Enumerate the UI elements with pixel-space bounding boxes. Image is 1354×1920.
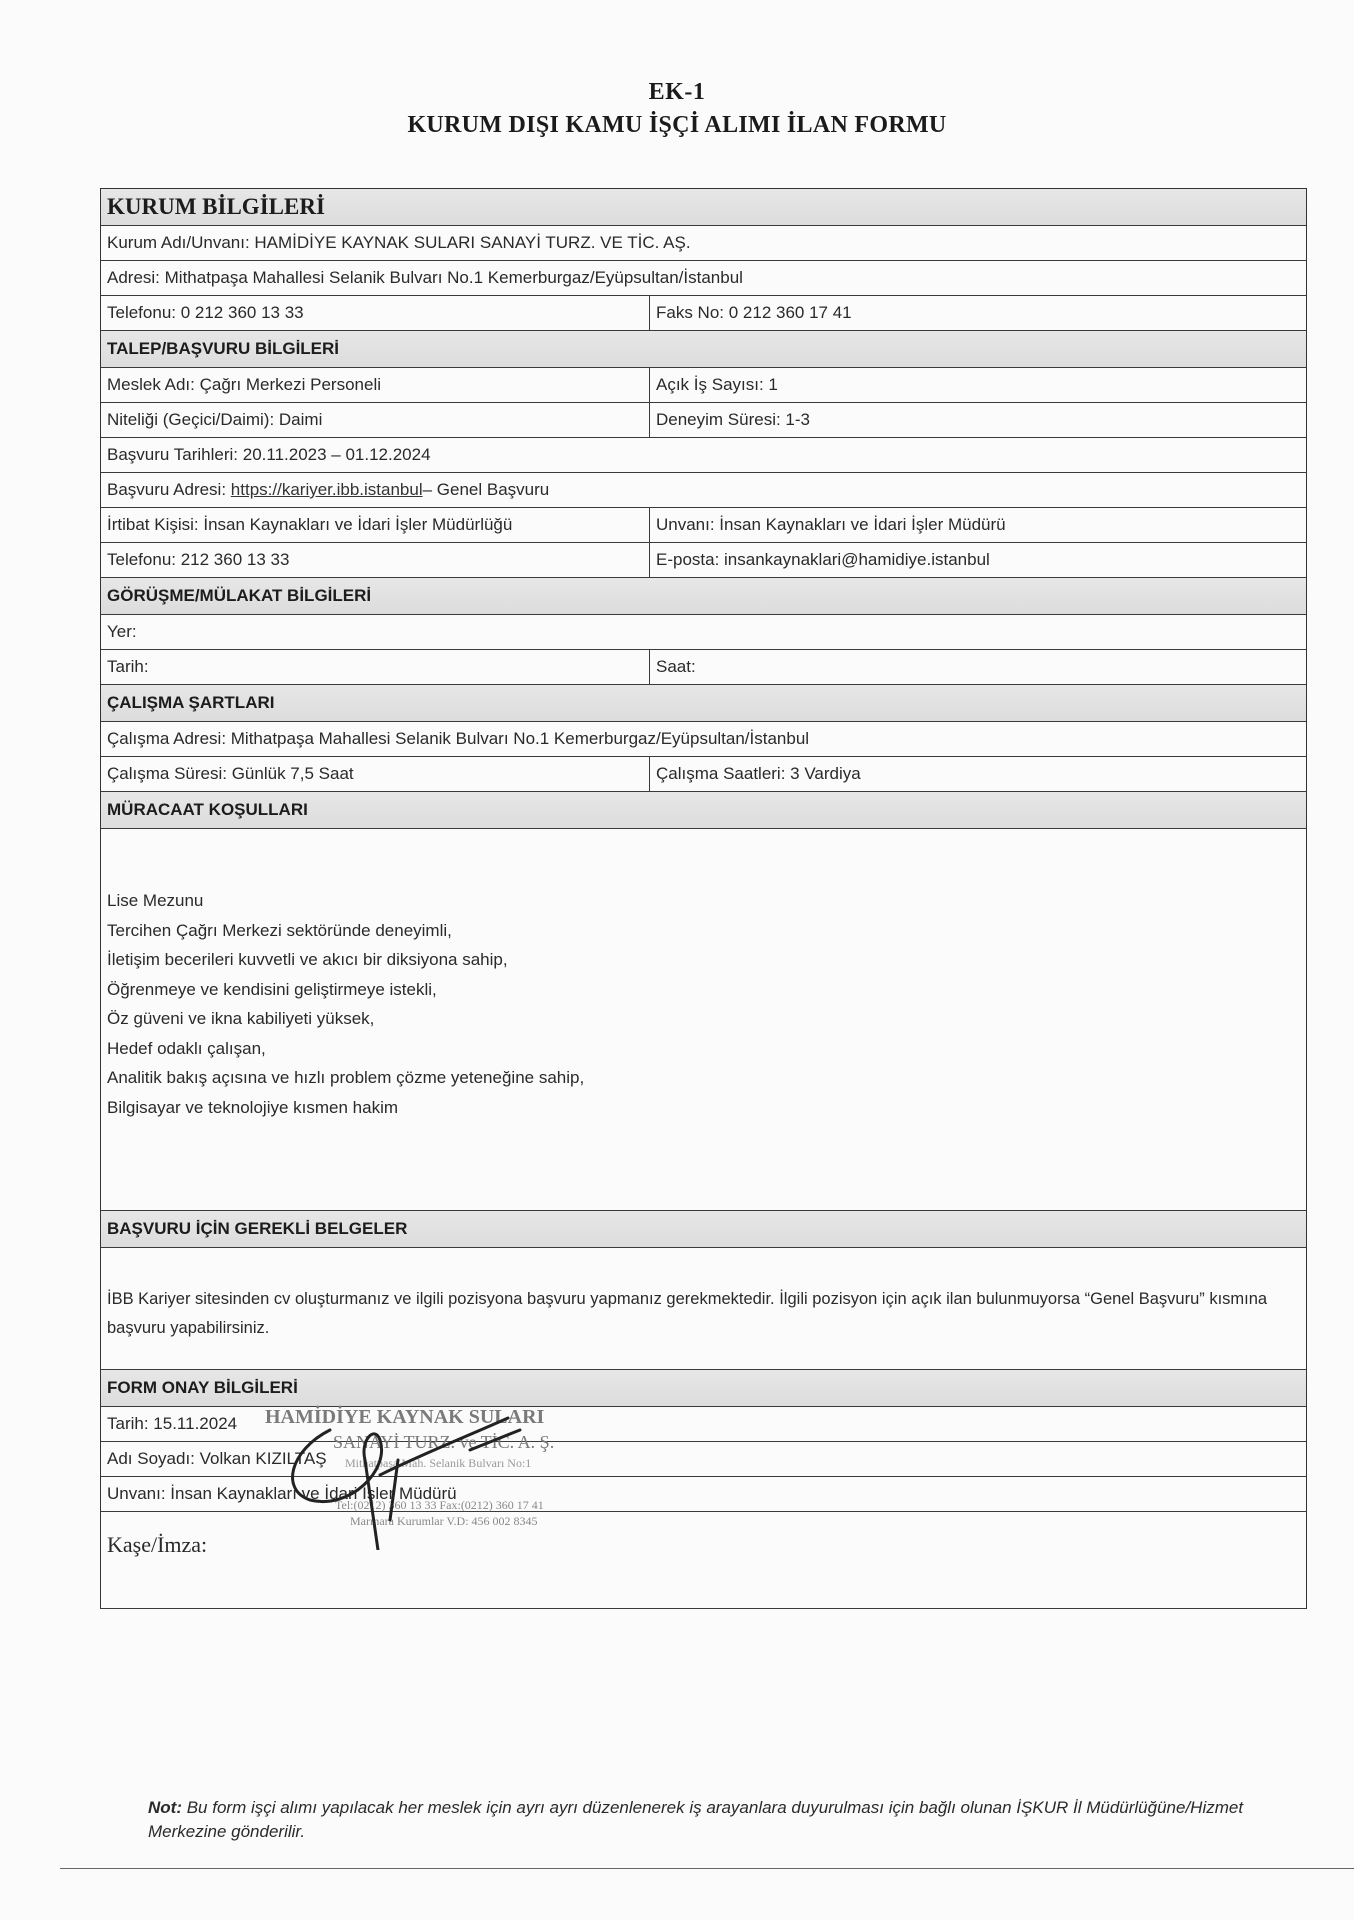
open-positions: Açık İş Sayısı: 1 — [650, 368, 1306, 402]
annex-label: EK-1 — [0, 76, 1354, 108]
list-item: Öz güveni ve ikna kabiliyeti yüksek, — [107, 1004, 584, 1034]
section-header-requirements: MÜRACAAT KOŞULLARI — [101, 792, 1306, 829]
form-row: Tarih: 15.11.2024 — [101, 1407, 1306, 1442]
work-duration: Çalışma Süresi: Günlük 7,5 Saat — [101, 757, 650, 791]
document-title: KURUM DIŞI KAMU İŞÇİ ALIMI İLAN FORMU — [0, 108, 1354, 142]
form-row: Niteliği (Geçici/Daimi): Daimi Deneyim S… — [101, 403, 1306, 438]
form-row: Tarih: Saat: — [101, 650, 1306, 685]
interview-date: Tarih: — [101, 650, 650, 684]
stamp-signature-area: Kaşe/İmza: — [101, 1512, 1306, 1609]
list-item: Öğrenmeye ve kendisini geliştirmeye iste… — [107, 975, 584, 1005]
form-row: Başvuru Tarihleri: 20.11.2023 – 01.12.20… — [101, 438, 1306, 473]
section-title: BAŞVURU İÇİN GEREKLİ BELGELER — [101, 1211, 1306, 1247]
employment-nature: Niteliği (Geçici/Daimi): Daimi — [101, 403, 650, 437]
section-header-interview: GÖRÜŞME/MÜLAKAT BİLGİLERİ — [101, 578, 1306, 615]
application-address-suffix: – Genel Başvuru — [423, 480, 550, 500]
form-row: Adı Soyadı: Volkan KIZILTAŞ — [101, 1442, 1306, 1477]
contact-phone: Telefonu: 212 360 13 33 — [101, 543, 650, 577]
note-label: Not: — [148, 1798, 182, 1817]
form-row: Telefonu: 212 360 13 33 E-posta: insanka… — [101, 543, 1306, 578]
institution-phone: Telefonu: 0 212 360 13 33 — [101, 296, 650, 330]
application-address-label: Başvuru Adresi: — [107, 480, 226, 500]
approver-title: Unvanı: İnsan Kaynakları ve İdari İşler … — [101, 1477, 1306, 1511]
note-text: Bu form işçi alımı yapılacak her meslek … — [148, 1798, 1243, 1841]
documents-text: İBB Kariyer sitesinden cv oluşturmanız v… — [107, 1285, 1296, 1343]
form-row: Kurum Adı/Unvanı: HAMİDİYE KAYNAK SULARI… — [101, 226, 1306, 261]
requirements-body: Lise Mezunu Tercihen Çağrı Merkezi sektö… — [101, 829, 1306, 1211]
section-header-documents: BAŞVURU İÇİN GEREKLİ BELGELER — [101, 1211, 1306, 1248]
institution-address: Adresi: Mithatpaşa Mahallesi Selanik Bul… — [101, 261, 1306, 295]
list-item: Bilgisayar ve teknolojiye kısmen hakim — [107, 1093, 584, 1123]
section-header-application: TALEP/BAŞVURU BİLGİLERİ — [101, 331, 1306, 368]
institution-name: Kurum Adı/Unvanı: HAMİDİYE KAYNAK SULARI… — [101, 226, 1306, 260]
list-item: Analitik bakış açısına ve hızlı problem … — [107, 1063, 584, 1093]
form-row: Başvuru Adresi: https://kariyer.ibb.ista… — [101, 473, 1306, 508]
section-title: KURUM BİLGİLERİ — [101, 189, 1306, 225]
announcement-form: KURUM BİLGİLERİ Kurum Adı/Unvanı: HAMİDİ… — [100, 188, 1307, 1609]
form-row: Çalışma Adresi: Mithatpaşa Mahallesi Sel… — [101, 722, 1306, 757]
section-title: ÇALIŞMA ŞARTLARI — [101, 685, 1306, 721]
list-item: İletişim becerileri kuvvetli ve akıcı bi… — [107, 945, 584, 975]
occupation-name: Meslek Adı: Çağrı Merkezi Personeli — [101, 368, 650, 402]
documents-body: İBB Kariyer sitesinden cv oluşturmanız v… — [101, 1248, 1306, 1370]
divider — [60, 1868, 1354, 1869]
section-title: FORM ONAY BİLGİLERİ — [101, 1370, 1306, 1406]
form-row: Telefonu: 0 212 360 13 33 Faks No: 0 212… — [101, 296, 1306, 331]
list-item: Tercihen Çağrı Merkezi sektöründe deneyi… — [107, 916, 584, 946]
section-header-working-conditions: ÇALIŞMA ŞARTLARI — [101, 685, 1306, 722]
approver-name: Adı Soyadı: Volkan KIZILTAŞ — [101, 1442, 1306, 1476]
requirements-list: Lise Mezunu Tercihen Çağrı Merkezi sektö… — [107, 886, 584, 1122]
application-address: Başvuru Adresi: https://kariyer.ibb.ista… — [101, 473, 1306, 507]
interview-place: Yer: — [101, 615, 1306, 649]
document-header: EK-1 KURUM DIŞI KAMU İŞÇİ ALIMI İLAN FOR… — [0, 76, 1354, 142]
contact-email[interactable]: E-posta: insankaynaklari@hamidiye.istanb… — [650, 543, 1306, 577]
work-hours: Çalışma Saatleri: 3 Vardiya — [650, 757, 1306, 791]
form-row: Meslek Adı: Çağrı Merkezi Personeli Açık… — [101, 368, 1306, 403]
application-dates: Başvuru Tarihleri: 20.11.2023 – 01.12.20… — [101, 438, 1306, 472]
section-header-approval: FORM ONAY BİLGİLERİ — [101, 1370, 1306, 1407]
section-title: MÜRACAAT KOŞULLARI — [101, 792, 1306, 828]
form-row: Unvanı: İnsan Kaynakları ve İdari İşler … — [101, 1477, 1306, 1512]
contact-person: İrtibat Kişisi: İnsan Kaynakları ve İdar… — [101, 508, 650, 542]
form-row: Yer: — [101, 615, 1306, 650]
career-site-link[interactable]: https://kariyer.ibb.istanbul — [231, 480, 423, 500]
section-title: TALEP/BAŞVURU BİLGİLERİ — [101, 331, 1306, 367]
list-item: Hedef odaklı çalışan, — [107, 1034, 584, 1064]
form-row: Çalışma Süresi: Günlük 7,5 Saat Çalışma … — [101, 757, 1306, 792]
interview-time: Saat: — [650, 650, 1306, 684]
work-address: Çalışma Adresi: Mithatpaşa Mahallesi Sel… — [101, 722, 1306, 756]
section-title: GÖRÜŞME/MÜLAKAT BİLGİLERİ — [101, 578, 1306, 614]
stamp-signature-label: Kaşe/İmza: — [107, 1532, 207, 1558]
contact-title: Unvanı: İnsan Kaynakları ve İdari İşler … — [650, 508, 1306, 542]
footer-note: Not: Bu form işçi alımı yapılacak her me… — [148, 1796, 1268, 1844]
list-item: Lise Mezunu — [107, 886, 584, 916]
experience-duration: Deneyim Süresi: 1-3 — [650, 403, 1306, 437]
form-row: İrtibat Kişisi: İnsan Kaynakları ve İdar… — [101, 508, 1306, 543]
form-row: Adresi: Mithatpaşa Mahallesi Selanik Bul… — [101, 261, 1306, 296]
approval-date: Tarih: 15.11.2024 — [101, 1407, 1306, 1441]
institution-fax: Faks No: 0 212 360 17 41 — [650, 296, 1306, 330]
section-header-institution: KURUM BİLGİLERİ — [101, 189, 1306, 226]
